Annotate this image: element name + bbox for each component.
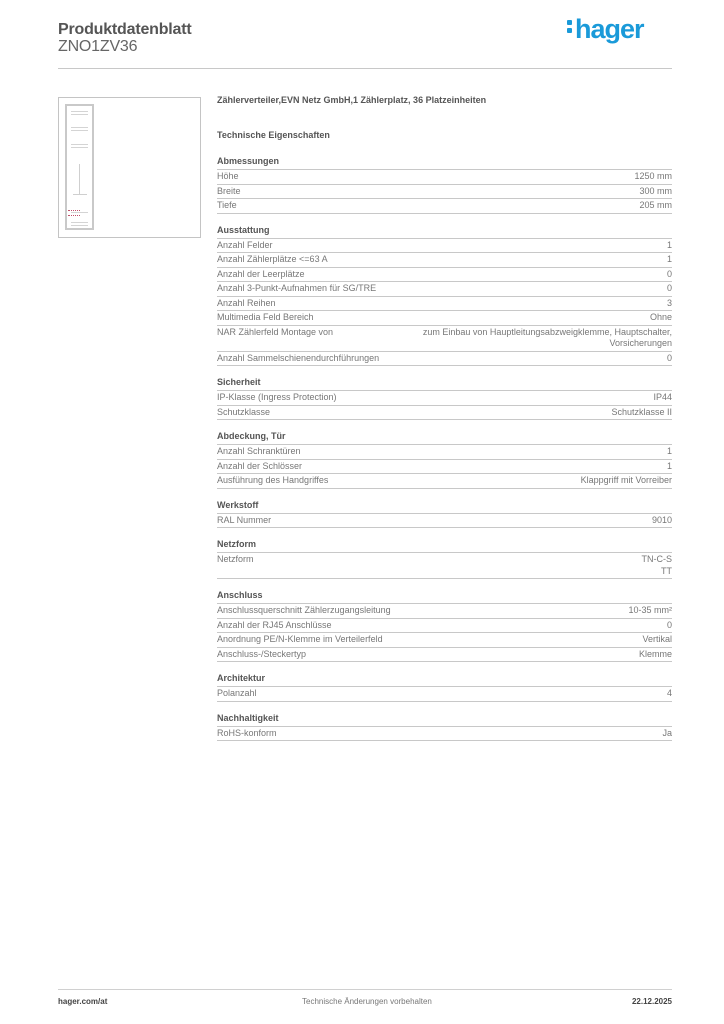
header-divider (58, 68, 672, 69)
spec-value: Vertikal (642, 634, 672, 646)
spec-row: Anzahl Reihen3 (217, 297, 672, 312)
section-title: Sicherheit (217, 377, 672, 391)
spec-section: NetzformNetzformTN-C-S TT (217, 539, 672, 579)
spec-row: Multimedia Feld BereichOhne (217, 311, 672, 326)
page-title: Produktdatenblatt (58, 21, 192, 39)
spec-label: Netzform (217, 554, 254, 577)
spec-content: Zählerverteiler,EVN Netz GmbH,1 Zählerpl… (217, 95, 672, 741)
section-title: Werkstoff (217, 500, 672, 514)
spec-value: 1 (667, 240, 672, 252)
spec-value: 1 (667, 461, 672, 473)
spec-value: IP44 (653, 392, 672, 404)
spec-row: Anschlussquerschnitt Zählerzugangsleitun… (217, 604, 672, 619)
spec-value: 0 (667, 283, 672, 295)
spec-value: 1250 mm (634, 171, 672, 183)
spec-label: Breite (217, 186, 241, 198)
meter-cabinet-drawing-icon (65, 104, 94, 230)
tech-heading: Technische Eigenschaften (217, 130, 672, 144)
product-image (58, 97, 201, 238)
footer-date: 22.12.2025 (632, 997, 672, 1006)
spec-section: SicherheitIP-Klasse (Ingress Protection)… (217, 377, 672, 420)
spec-label: Anzahl Reihen (217, 298, 276, 310)
spec-value: 1 (667, 254, 672, 266)
spec-row: Anschluss-/SteckertypKlemme (217, 648, 672, 663)
spec-label: Polanzahl (217, 688, 257, 700)
spec-row: Polanzahl4 (217, 687, 672, 702)
spec-row: Ausführung des HandgriffesKlappgriff mit… (217, 474, 672, 489)
product-description: Zählerverteiler,EVN Netz GmbH,1 Zählerpl… (217, 95, 672, 109)
spec-row: Anzahl Felder1 (217, 239, 672, 254)
hager-logo: hager (567, 14, 644, 45)
spec-value: zum Einbau von Hauptleitungsabzweigklemm… (423, 327, 672, 350)
spec-label: Anschlussquerschnitt Zählerzugangsleitun… (217, 605, 391, 617)
spec-sections: AbmessungenHöhe1250 mmBreite300 mmTiefe2… (217, 156, 672, 741)
spec-row: IP-Klasse (Ingress Protection)IP44 (217, 391, 672, 406)
spec-section: WerkstoffRAL Nummer9010 (217, 500, 672, 529)
spec-row: Tiefe205 mm (217, 199, 672, 214)
spec-label: Anzahl Zählerplätze <=63 A (217, 254, 328, 266)
spec-label: Anzahl der Schlösser (217, 461, 302, 473)
spec-value: 0 (667, 269, 672, 281)
spec-label: Anzahl der Leerplätze (217, 269, 305, 281)
spec-label: Anzahl 3-Punkt-Aufnahmen für SG/TRE (217, 283, 376, 295)
spec-value: 10-35 mm² (628, 605, 672, 617)
spec-value: TN-C-S TT (642, 554, 673, 577)
section-title: Netzform (217, 539, 672, 553)
spec-label: Anzahl der RJ45 Anschlüsse (217, 620, 332, 632)
logo-colon-icon (567, 17, 573, 36)
section-title: Anschluss (217, 590, 672, 604)
spec-label: Anzahl Sammelschienendurchführungen (217, 353, 379, 365)
spec-label: NAR Zählerfeld Montage von (217, 327, 333, 350)
spec-label: Schutzklasse (217, 407, 270, 419)
spec-value: 3 (667, 298, 672, 310)
footer-divider (58, 989, 672, 990)
spec-row: SchutzklasseSchutzklasse II (217, 406, 672, 421)
spec-value: 9010 (652, 515, 672, 527)
spec-row: Anzahl 3-Punkt-Aufnahmen für SG/TRE0 (217, 282, 672, 297)
spec-row: Höhe1250 mm (217, 170, 672, 185)
spec-section: ArchitekturPolanzahl4 (217, 673, 672, 702)
spec-label: Anzahl Felder (217, 240, 273, 252)
spec-row: Anordnung PE/N-Klemme im VerteilerfeldVe… (217, 633, 672, 648)
spec-row: Anzahl der Leerplätze0 (217, 268, 672, 283)
spec-section: AusstattungAnzahl Felder1Anzahl Zählerpl… (217, 225, 672, 367)
footer-website[interactable]: hager.com/at (58, 997, 107, 1006)
spec-value: Klappgriff mit Vorreiber (581, 475, 672, 487)
product-code: ZNO1ZV36 (58, 38, 137, 56)
spec-row: RoHS-konformJa (217, 727, 672, 742)
section-title: Architektur (217, 673, 672, 687)
spec-row: Anzahl Sammelschienendurchführungen0 (217, 352, 672, 367)
spec-section: AbmessungenHöhe1250 mmBreite300 mmTiefe2… (217, 156, 672, 214)
spec-row: Anzahl der Schlösser1 (217, 460, 672, 475)
spec-section: NachhaltigkeitRoHS-konformJa (217, 713, 672, 742)
spec-section: Abdeckung, TürAnzahl Schranktüren1Anzahl… (217, 431, 672, 489)
section-title: Nachhaltigkeit (217, 713, 672, 727)
spec-label: Anschluss-/Steckertyp (217, 649, 306, 661)
spec-label: Höhe (217, 171, 239, 183)
spec-label: Ausführung des Handgriffes (217, 475, 328, 487)
footer-notice: Technische Änderungen vorbehalten (302, 997, 432, 1006)
section-title: Abmessungen (217, 156, 672, 170)
spec-label: Anzahl Schranktüren (217, 446, 301, 458)
section-title: Ausstattung (217, 225, 672, 239)
spec-value: 0 (667, 353, 672, 365)
spec-row: Anzahl der RJ45 Anschlüsse0 (217, 619, 672, 634)
spec-label: Tiefe (217, 200, 237, 212)
spec-row: RAL Nummer9010 (217, 514, 672, 529)
spec-value: 4 (667, 688, 672, 700)
spec-row: NAR Zählerfeld Montage vonzum Einbau von… (217, 326, 672, 352)
spec-value: 300 mm (639, 186, 672, 198)
spec-section: AnschlussAnschlussquerschnitt Zählerzuga… (217, 590, 672, 662)
spec-row: NetzformTN-C-S TT (217, 553, 672, 579)
spec-value: 0 (667, 620, 672, 632)
section-title: Abdeckung, Tür (217, 431, 672, 445)
spec-value: Ja (662, 728, 672, 740)
spec-value: Schutzklasse II (611, 407, 672, 419)
spec-value: Ohne (650, 312, 672, 324)
spec-label: RAL Nummer (217, 515, 271, 527)
spec-row: Breite300 mm (217, 185, 672, 200)
logo-text: hager (575, 14, 644, 44)
spec-label: IP-Klasse (Ingress Protection) (217, 392, 337, 404)
spec-label: Anordnung PE/N-Klemme im Verteilerfeld (217, 634, 383, 646)
spec-value: 1 (667, 446, 672, 458)
spec-label: Multimedia Feld Bereich (217, 312, 314, 324)
spec-row: Anzahl Zählerplätze <=63 A1 (217, 253, 672, 268)
spec-row: Anzahl Schranktüren1 (217, 445, 672, 460)
spec-value: Klemme (639, 649, 672, 661)
spec-value: 205 mm (639, 200, 672, 212)
spec-label: RoHS-konform (217, 728, 277, 740)
